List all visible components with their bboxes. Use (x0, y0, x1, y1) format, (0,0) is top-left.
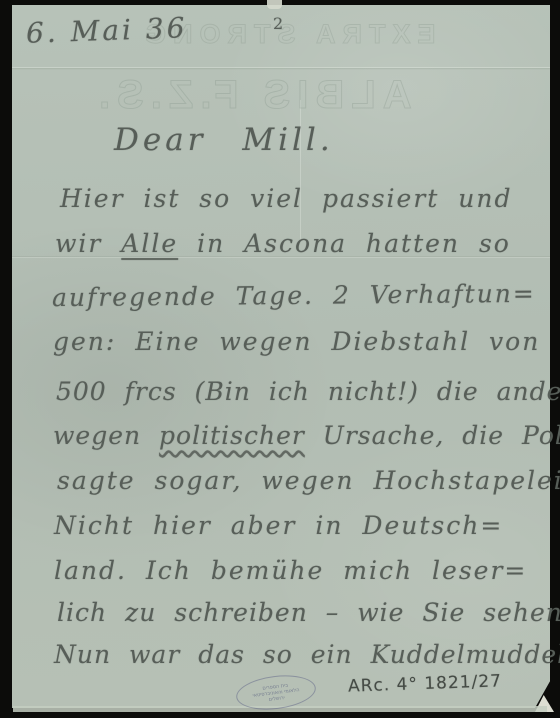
letter-line: sagte sogar, wegen Hochstapelei. (57, 466, 560, 495)
line-text: in Ascona hatten so (178, 229, 511, 258)
letter-line: wegen politischer Ursache, die Polizei (53, 421, 560, 450)
page-number: 2 (273, 14, 283, 33)
line-text: wegen (53, 421, 159, 450)
line-text: sagte sogar, wegen Hochstapelei. (57, 466, 560, 495)
letter-line: lich zu schreiben – wie Sie sehen. (57, 598, 560, 627)
letter-line: 500 frcs (Bin ich nicht!) die andere (56, 377, 560, 406)
stamp-text: ירושלים (268, 694, 285, 702)
line-text: Nun war das so ein Kuddelmuddel, (54, 640, 560, 669)
letter-line: land. Ich bemühe mich leser= (54, 556, 527, 585)
line-text: aufregende Tage. 2 Verhaftun= (52, 279, 536, 312)
letter-line: Nun war das so ein Kuddelmuddel, (54, 640, 560, 669)
letter-scan: EXTRA STRONG ALBIS F.Z.S. 6. Mai 36 2 De… (0, 0, 560, 718)
line-text: wir (55, 229, 121, 258)
underlined-word: Alle (121, 229, 178, 258)
letter-line: Nicht hier aber in Deutsch= (54, 511, 503, 540)
letter-date: 6. Mai 36 (25, 11, 188, 50)
line-text: gen: Eine wegen Diebstahl von (53, 327, 540, 356)
underlined-word: politischer (159, 421, 305, 450)
line-text: Ursache, die Polizei (305, 421, 560, 450)
letter-line: aufregende Tage. 2 Verhaftun= (52, 279, 536, 312)
line-text: Hier ist so viel passiert und (60, 184, 513, 213)
letter-line: wir Alle in Ascona hatten so (55, 229, 511, 258)
letter-line: gen: Eine wegen Diebstahl von (53, 327, 540, 356)
line-text: land. Ich bemühe mich leser= (54, 556, 527, 585)
torn-notch-top (267, 0, 282, 9)
line-text: Nicht hier aber in Deutsch= (54, 511, 503, 540)
letter-line: Hier ist so viel passiert und (60, 184, 513, 213)
line-text: 500 frcs (Bin ich nicht!) die andere (56, 377, 560, 406)
letter-greeting: Dear Mill. (114, 122, 334, 158)
line-text: lich zu schreiben – wie Sie sehen. (57, 598, 560, 627)
